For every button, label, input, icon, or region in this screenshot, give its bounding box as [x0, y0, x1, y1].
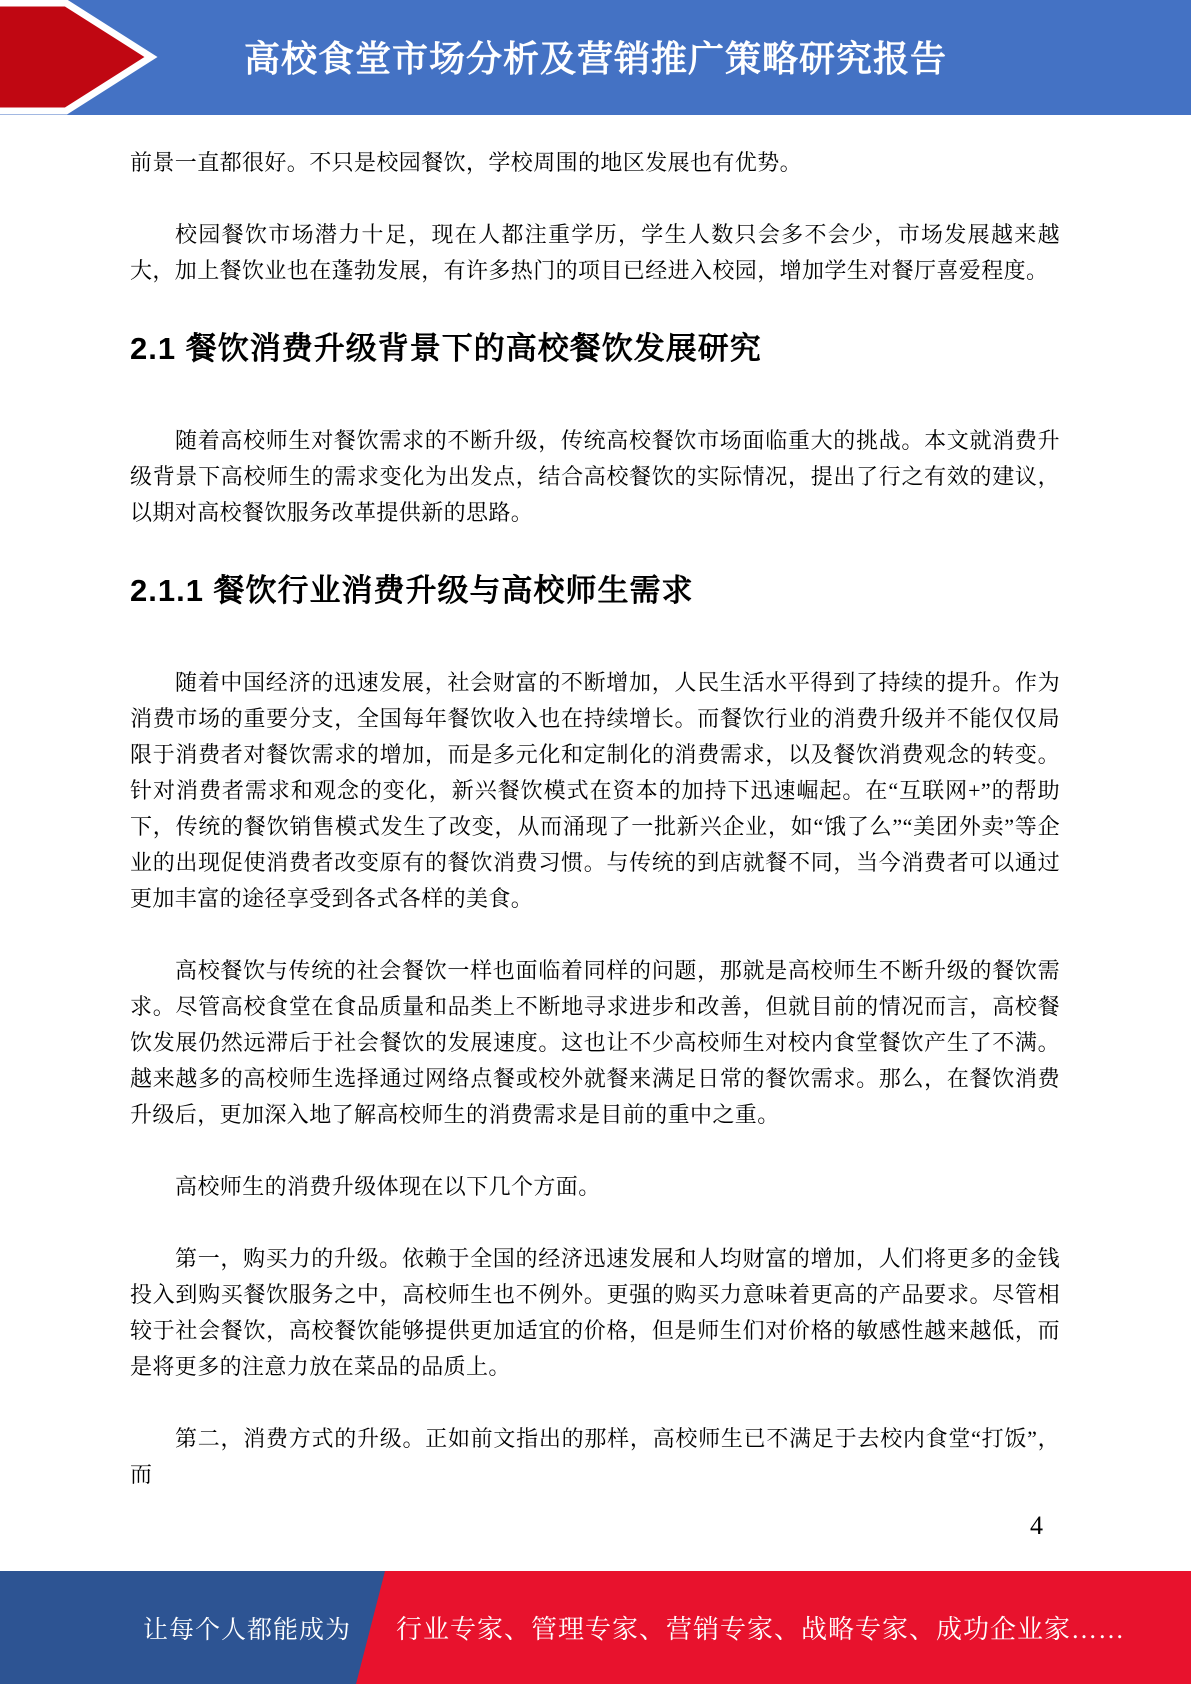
section-heading: 2.1 餐饮消费升级背景下的高校餐饮发展研究 [130, 327, 1060, 371]
body-paragraph: 第一，购买力的升级。依赖于全国的经济迅速发展和人均财富的增加，人们将更多的金钱投… [130, 1241, 1060, 1385]
body-paragraph: 前景一直都很好。不只是校园餐饮，学校周围的地区发展也有优势。 [130, 145, 1060, 181]
document-body: 前景一直都很好。不只是校园餐饮，学校周围的地区发展也有优势。 校园餐饮市场潜力十… [0, 115, 1191, 1529]
body-paragraph: 第二，消费方式的升级。正如前文指出的那样，高校师生已不满足于去校内食堂“打饭”，… [130, 1421, 1060, 1493]
body-paragraph: 随着高校师生对餐饮需求的不断升级，传统高校餐饮市场面临重大的挑战。本文就消费升级… [130, 423, 1060, 531]
footer-slogan-left: 让每个人都能成为 [143, 1571, 351, 1684]
body-paragraph: 高校餐饮与传统的社会餐饮一样也面临着同样的问题，那就是高校师生不断升级的餐饮需求… [130, 953, 1060, 1133]
report-page: 高校食堂市场分析及营销推广策略研究报告 前景一直都很好。不只是校园餐饮，学校周围… [0, 0, 1191, 1684]
report-title: 高校食堂市场分析及营销推广策略研究报告 [0, 0, 1191, 112]
body-paragraph: 高校师生的消费升级体现在以下几个方面。 [130, 1169, 1060, 1205]
page-number: 4 [1030, 1508, 1043, 1544]
footer-slogan-right: 行业专家、管理专家、营销专家、战略专家、成功企业家…… [396, 1571, 1125, 1684]
body-paragraph: 随着中国经济的迅速发展，社会财富的不断增加，人民生活水平得到了持续的提升。作为消… [130, 665, 1060, 917]
subsection-heading: 2.1.1 餐饮行业消费升级与高校师生需求 [130, 569, 1060, 613]
body-paragraph: 校园餐饮市场潜力十足，现在人都注重学历，学生人数只会多不会少，市场发展越来越大，… [130, 217, 1060, 289]
footer-banner: 让每个人都能成为 行业专家、管理专家、营销专家、战略专家、成功企业家…… [0, 1571, 1191, 1684]
header-banner: 高校食堂市场分析及营销推广策略研究报告 [0, 0, 1191, 115]
